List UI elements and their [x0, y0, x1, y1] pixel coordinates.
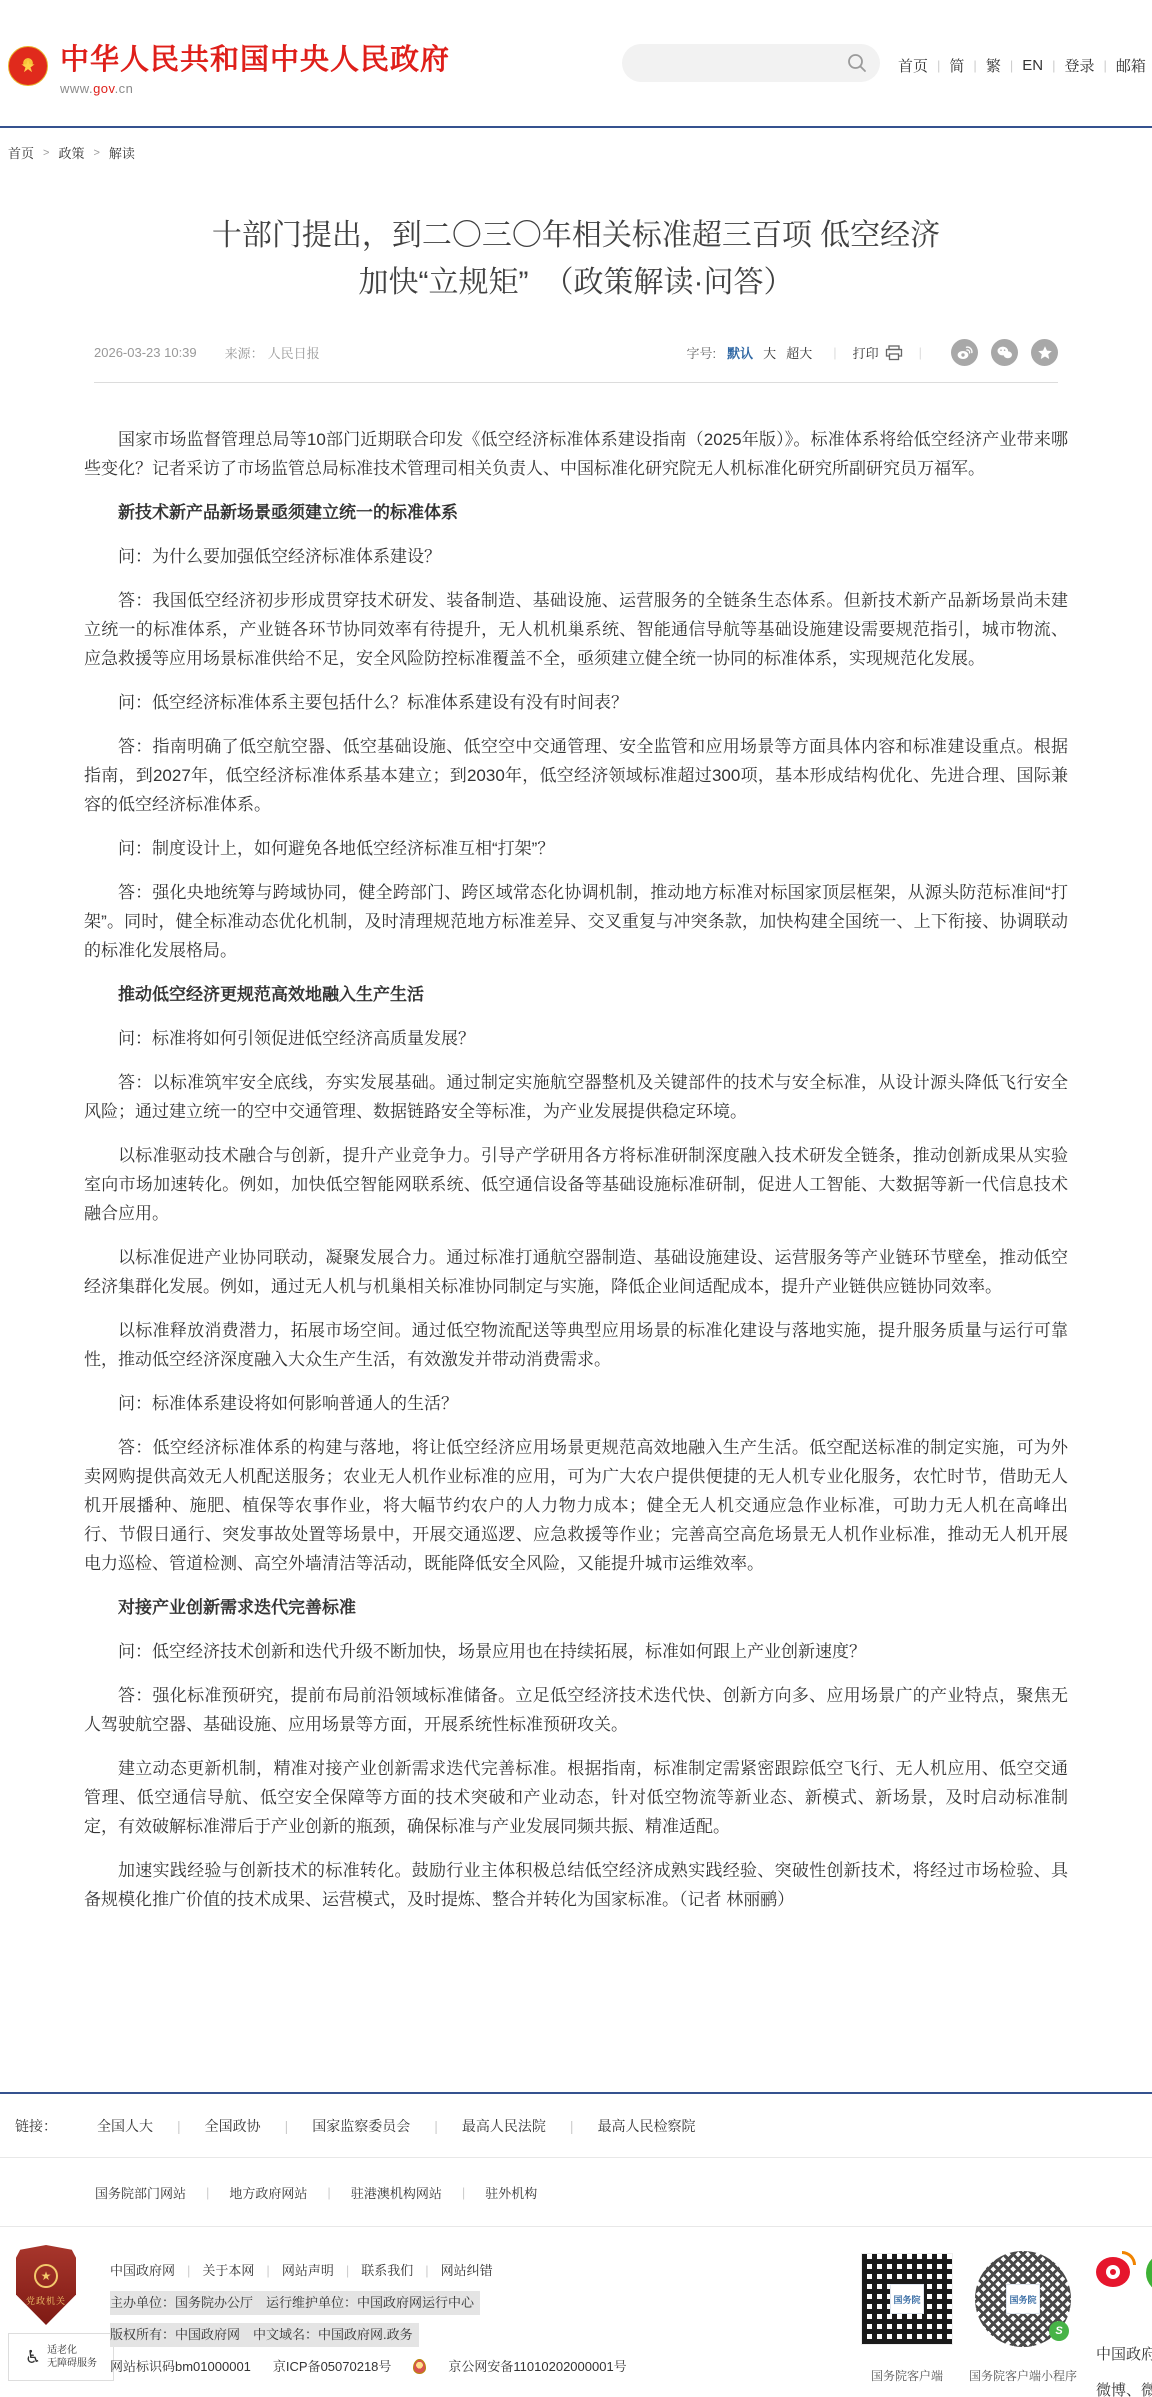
article-paragraph: 以标准释放消费潜力，拓展市场空间。通过低空物流配送等典型应用场景的标准化建设与落…: [84, 1316, 1068, 1374]
breadcrumb: 首页>政策>解读: [0, 128, 1152, 162]
site-url: www.gov.cn: [60, 81, 450, 96]
separator: |: [206, 2185, 209, 2200]
qr1-label: 国务院客户端: [849, 2367, 965, 2384]
article-body: 国家市场监督管理总局等10部门近期联合印发《低空经济标准体系建设指南（2025年…: [82, 425, 1070, 1939]
url-gov: gov: [93, 81, 115, 96]
article-paragraph: 答：强化央地统筹与跨域协同，健全跨部门、跨区域常态化协调机制，推动地方标准对标国…: [84, 878, 1068, 965]
printer-icon: [885, 345, 903, 361]
separator: |: [937, 58, 940, 73]
article-paragraph: 答：低空经济标准体系的构建与落地，将让低空经济应用场景更规范高效地融入生产生活。…: [84, 1433, 1068, 1578]
meta-right: 字号: 默认 大 超大 | 打印 |: [687, 339, 1058, 366]
article-paragraph: 问：标准将如何引领促进低空经济高质量发展？: [84, 1024, 1068, 1053]
accessibility-text: 适老化 无障碍服务: [47, 2344, 97, 2370]
icp-line: 网站标识码bm01000001 京ICP备05070218号 京公网安备1101…: [110, 2357, 671, 2376]
accessibility-line2: 无障碍服务: [47, 2357, 97, 2370]
accessibility-line1: 适老化: [47, 2344, 97, 2357]
search-box: [622, 44, 880, 82]
source-label: 来源：: [225, 343, 264, 362]
footer-link[interactable]: 国务院部门网站: [95, 2183, 186, 2202]
fontsize-default-button[interactable]: 默认: [727, 343, 753, 362]
footer-link[interactable]: 关于本网: [202, 2261, 254, 2280]
meta-left: 2026-03-23 10:39 来源： 人民日报: [94, 343, 320, 362]
title-line: 十部门提出，到二〇三〇年相关标准超三百项 低空经济: [120, 212, 1032, 259]
footer-center: 中国政府网|关于本网|网站声明|联系我们|网站纠错 主办单位：国务院办公厅 运行…: [110, 2261, 671, 2389]
top-nav-link[interactable]: 登录: [1064, 55, 1094, 76]
fontsize-large-button[interactable]: 大: [763, 343, 776, 362]
separator: |: [973, 58, 976, 73]
print-label: 打印: [853, 343, 879, 362]
page-title: 十部门提出，到二〇三〇年相关标准超三百项 低空经济加快“立规矩” （政策解读·问…: [120, 212, 1032, 306]
publish-date: 2026-03-23 10:39: [94, 345, 197, 360]
mini-program-badge-icon: S: [1049, 2321, 1069, 2341]
article-paragraph: 新技术新产品新场景亟须建立统一的标准体系: [84, 498, 1068, 527]
footer-links-1: 全国人大|全国政协|国家监察委员会|最高人民法院|最高人民检察院: [97, 2116, 696, 2136]
separator: |: [187, 2261, 190, 2280]
police-badge-icon: [413, 2359, 426, 2374]
separator: |: [425, 2261, 428, 2280]
search-icon[interactable]: [846, 52, 868, 74]
site-code: 网站标识码bm01000001: [110, 2357, 251, 2376]
article: 十部门提出，到二〇三〇年相关标准超三百项 低空经济加快“立规矩” （政策解读·问…: [82, 212, 1070, 1939]
shield-emblem: ★: [34, 2264, 58, 2288]
gov-miniprogram-qrcode: 国务院 S: [975, 2251, 1071, 2347]
wechat-icon[interactable]: [1146, 2253, 1152, 2293]
top-nav-link[interactable]: 繁: [986, 55, 1001, 76]
accessibility-service-button[interactable]: ♿ 适老化 无障碍服务: [8, 2333, 114, 2381]
breadcrumb-item[interactable]: 政策: [58, 143, 84, 162]
article-paragraph: 问：低空经济标准体系主要包括什么？标准体系建设有没有时间表？: [84, 688, 1068, 717]
article-paragraph: 问：低空经济技术创新和迭代升级不断加快，场景应用也在持续拓展，标准如何跟上产业创…: [84, 1637, 1068, 1666]
wechat-share-icon[interactable]: [991, 339, 1018, 366]
article-paragraph: 问：标准体系建设将如何影响普通人的生活？: [84, 1389, 1068, 1418]
police-record[interactable]: 京公网安备11010202000001号: [413, 2357, 648, 2376]
main-content: 首页>政策>解读 十部门提出，到二〇三〇年相关标准超三百项 低空经济加快“立规矩…: [0, 128, 1152, 2092]
footer-links-row: 链接： 全国人大|全国政协|国家监察委员会|最高人民法院|最高人民检察院: [0, 2092, 1152, 2157]
footer-link[interactable]: 最高人民检察院: [598, 2116, 696, 2136]
article-meta: 2026-03-23 10:39 来源： 人民日报 字号: 默认 大 超大 | …: [82, 339, 1070, 366]
footer-bottom: ★ 党政机关 ♿ 适老化 无障碍服务 中国政府网|关于本网|网站声明|联系我们|…: [0, 2226, 1152, 2397]
search-input[interactable]: [622, 44, 880, 82]
article-paragraph: 问：制度设计上，如何避免各地低空经济标准互相“打架”？: [84, 834, 1068, 863]
separator: |: [919, 345, 922, 360]
site-header: ★ 中华人民共和国中央人民政府 www.gov.cn 首页|简|繁|EN|登录|…: [0, 0, 1152, 128]
title-line: 加快“立规矩” （政策解读·问答）: [120, 259, 1032, 306]
social-subtitle: 微博、微信: [1096, 2379, 1152, 2397]
source-value[interactable]: 人民日报: [268, 343, 320, 362]
url-www: www.: [60, 81, 93, 96]
footer-sites-row: 国务院部门网站|地方政府网站|驻港澳机构网站|驻外机构: [0, 2157, 1152, 2226]
meta-divider: [94, 382, 1058, 383]
weibo-icon[interactable]: [1094, 2251, 1136, 2293]
site-title: 中华人民共和国中央人民政府: [60, 44, 450, 76]
article-paragraph: 答：我国低空经济初步形成贯穿技术研发、装备制造、基础设施、运营服务的全链条生态体…: [84, 586, 1068, 673]
footer-bottom-links: 中国政府网|关于本网|网站声明|联系我们|网站纠错: [110, 2261, 671, 2280]
weibo-share-icon[interactable]: [951, 339, 978, 366]
separator: |: [327, 2185, 330, 2200]
footer-link[interactable]: 网站声明: [282, 2261, 334, 2280]
article-paragraph: 问：为什么要加强低空经济标准体系建设？: [84, 542, 1068, 571]
article-paragraph: 对接产业创新需求迭代完善标准: [84, 1593, 1068, 1622]
article-paragraph: 以标准驱动技术融合与创新，提升产业竞争力。引导产学研用各方将标准研制深度融入技术…: [84, 1141, 1068, 1228]
footer-link[interactable]: 网站纠错: [441, 2261, 493, 2280]
top-nav-link[interactable]: EN: [1022, 57, 1043, 74]
footer-link[interactable]: 全国政协: [205, 2116, 261, 2136]
article-paragraph: 答：指南明确了低空航空器、低空基础设施、低空空中交通管理、安全监管和应用场景等方…: [84, 732, 1068, 819]
footer-link[interactable]: 中国政府网: [110, 2261, 175, 2280]
sponsor-line: 主办单位：国务院办公厅 运行维护单位：中国政府网运行中心: [110, 2291, 480, 2315]
url-cn: .cn: [115, 81, 134, 96]
fontsize-xlarge-button[interactable]: 超大: [786, 343, 812, 362]
separator: |: [285, 2118, 289, 2134]
breadcrumb-item[interactable]: 解读: [109, 143, 135, 162]
separator: |: [1010, 58, 1013, 73]
footer-link[interactable]: 地方政府网站: [229, 2183, 307, 2202]
separator: |: [833, 345, 836, 360]
shield-text: 党政机关: [26, 2294, 66, 2307]
police-number: 京公网安备11010202000001号: [448, 2359, 626, 2374]
logo-text: 中华人民共和国中央人民政府 www.gov.cn: [60, 44, 450, 96]
footer-link[interactable]: 最高人民法院: [462, 2116, 546, 2136]
copyright-line: 版权所有：中国政府网 中文域名：中国政府网.政务: [110, 2323, 419, 2347]
gov-app-qrcode: 国务院: [861, 2253, 953, 2345]
article-paragraph: 以标准促进产业协同联动，凝聚发展合力。通过标准打通航空器制造、基础设施建设、运营…: [84, 1243, 1068, 1301]
fontsize-label: 字号:: [687, 343, 717, 362]
footer-link[interactable]: 全国人大: [97, 2116, 153, 2136]
separator: |: [266, 2261, 269, 2280]
separator: >: [93, 147, 99, 159]
footer-link[interactable]: 驻外机构: [485, 2183, 537, 2202]
government-agency-badge-icon: ★ 党政机关: [16, 2245, 76, 2325]
separator: >: [43, 147, 49, 159]
top-nav-link[interactable]: 邮箱: [1116, 55, 1146, 76]
separator: |: [346, 2261, 349, 2280]
footer-link[interactable]: 驻港澳机构网站: [351, 2183, 442, 2202]
separator: |: [570, 2118, 574, 2134]
separator: |: [177, 2118, 181, 2134]
print-button[interactable]: 打印: [853, 343, 903, 362]
top-nav-link[interactable]: 首页: [898, 55, 928, 76]
separator: |: [1103, 58, 1106, 73]
qzone-share-icon[interactable]: [1031, 339, 1058, 366]
qrcode-center-label: 国务院: [890, 2284, 924, 2314]
site-logo[interactable]: ★ 中华人民共和国中央人民政府 www.gov.cn: [8, 44, 450, 96]
page: ★ 中华人民共和国中央人民政府 www.gov.cn 首页|简|繁|EN|登录|…: [0, 0, 1152, 2397]
footer-link[interactable]: 联系我们: [361, 2261, 413, 2280]
article-paragraph: 国家市场监督管理总局等10部门近期联合印发《低空经济标准体系建设指南（2025年…: [84, 425, 1068, 483]
separator: |: [434, 2118, 438, 2134]
separator: |: [462, 2185, 465, 2200]
article-paragraph: 推动低空经济更规范高效地融入生产生活: [84, 980, 1068, 1009]
footer-links-label: 链接：: [15, 2116, 57, 2136]
qrcode-center-label: 国务院: [1006, 2284, 1040, 2314]
footer-link[interactable]: 国家监察委员会: [312, 2116, 410, 2136]
qr2-label: 国务院客户端小程序: [963, 2367, 1083, 2384]
top-nav-link[interactable]: 简: [949, 55, 964, 76]
icp-number[interactable]: 京ICP备05070218号: [273, 2357, 392, 2376]
breadcrumb-item[interactable]: 首页: [8, 143, 34, 162]
social-title: 中国政府网: [1096, 2343, 1152, 2364]
separator: |: [1052, 58, 1055, 73]
top-nav: 首页|简|繁|EN|登录|邮箱: [898, 55, 1146, 76]
article-paragraph: 建立动态更新机制，精准对接产业创新需求迭代完善标准。根据指南，标准制定需紧密跟踪…: [84, 1754, 1068, 1841]
article-paragraph: 答：强化标准预研究，提前布局前沿领域标准储备。立足低空经济技术迭代快、创新方向多…: [84, 1681, 1068, 1739]
wheelchair-icon: ♿: [25, 2348, 41, 2366]
article-paragraph: 加速实践经验与创新技术的标准转化。鼓励行业主体积极总结低空经济成熟实践经验、突破…: [84, 1856, 1068, 1914]
footer-social: 中国政府网 微博、微信: [1094, 2251, 1152, 2296]
article-paragraph: 答：以标准筑牢安全底线，夯实发展基础。通过制定实施航空器整机及关键部件的技术与安…: [84, 1068, 1068, 1126]
national-emblem-icon: ★: [8, 46, 48, 86]
